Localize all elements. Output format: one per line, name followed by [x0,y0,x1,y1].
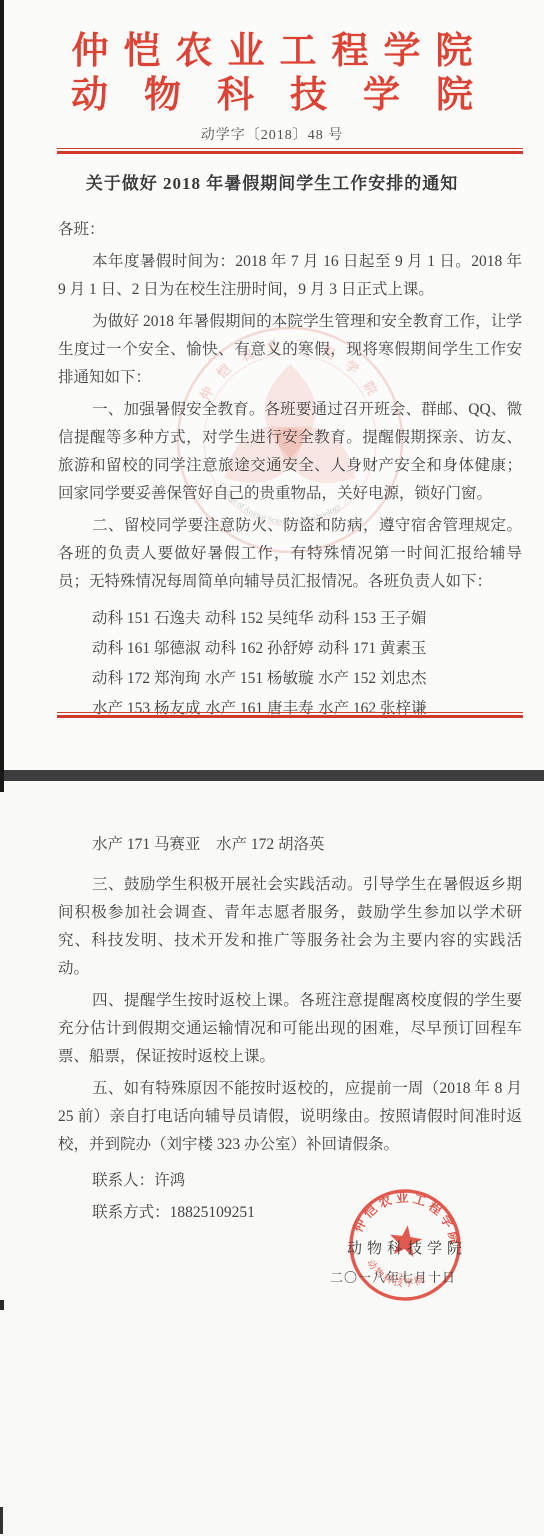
body-paragraph: 三、鼓励学生积极开展社会实践活动。引导学生在暑假返乡期间积极参加社会调查、青年志… [58,871,522,983]
leader-cell: 动科 171 黄素玉 [318,634,431,664]
leader-cell: 动科 161 邬德淑 [92,634,205,664]
page-2: 水产 171 马赛亚 水产 172 胡洛英 三、鼓励学生积极开展社会实践活动。引… [0,781,544,1536]
class-leaders-continued: 水产 171 马赛亚 水产 172 胡洛英 [58,831,522,859]
body-paragraph: 二、留校同学要注意防火、防盗和防病，遵守宿舍管理规定。各班的负责人要做好暑假工作… [58,512,522,596]
leader-cell: 水产 151 杨敏璇 [205,664,318,694]
leader-cell: 水产 162 张梓谦 [318,694,431,724]
body-paragraph: 五、如有特殊原因不能按时返校的，应提前一周（2018 年 8 月 25 前）亲自… [58,1075,522,1159]
notice-body-page1: 各班： 本年度暑假时间为：2018 年 7 月 16 日起至 9 月 1 日。2… [58,216,522,724]
salutation: 各班： [58,216,522,244]
leader-cell: 水产 171 马赛亚 [92,831,216,859]
doc-number: 动学字〔2018〕48 号 [0,128,544,144]
body-paragraph: 四、提醒学生按时返校上课。各班注意提醒离校度假的学生要充分估计到假期交通运输情况… [58,987,522,1071]
leader-cell: 动科 172 郑洵珣 [92,664,205,694]
university-name: 仲恺农业工程学院 [0,30,544,74]
leader-cell: 水产 153 杨友成 [92,694,205,724]
contact-person: 联系人：许鸿 [58,1167,522,1195]
scan-edge-left [0,0,4,792]
page-1: 仲恺农业工程学院 College of Animal Science and T… [0,0,544,770]
page-footer-rule [57,712,523,718]
page-separator [0,770,544,781]
leader-cell: 水产 161 唐丰寿 [205,694,318,724]
class-leaders-list: 动科 151 石逸夫 动科 152 吴纯华 动科 153 王子媚 动科 161 … [58,604,522,724]
college-name: 动物科技学院 [0,74,544,118]
signature-college-name: 动物科技学院 [347,1240,467,1258]
class-leaders-row: 水产 153 杨友成 水产 161 唐丰寿 水产 162 张梓谦 [58,694,522,724]
leader-cell: 动科 153 王子媚 [318,604,431,634]
scanned-document: 仲恺农业工程学院 College of Animal Science and T… [0,0,544,1536]
scan-edge-mark [0,1507,3,1534]
leader-cell: 动科 151 石逸夫 [92,604,205,634]
leader-cell: 动科 152 吴纯华 [205,604,318,634]
body-paragraph: 一、加强暑假安全教育。各班要通过召开班会、群邮、QQ、微信提醒等多种方式，对学生… [58,396,522,508]
red-head-rule [57,148,523,154]
notice-body-page2: 三、鼓励学生积极开展社会实践活动。引导学生在暑假返乡期间积极参加社会调查、青年志… [58,871,522,1227]
body-paragraph: 为做好 2018 年暑假期间的本院学生管理和安全教育工作，让学生度过一个安全、愉… [58,308,522,392]
body-paragraph: 本年度暑假时间为：2018 年 7 月 16 日起至 9 月 1 日。2018 … [58,248,522,304]
scan-edge-mark [0,1300,4,1310]
leader-cell: 水产 152 刘忠杰 [318,664,431,694]
leader-cell: 水产 172 胡洛英 [216,831,325,859]
class-leaders-row: 动科 172 郑洵珣 水产 151 杨敏璇 水产 152 刘忠杰 [58,664,522,694]
class-leaders-row: 动科 151 石逸夫 动科 152 吴纯华 动科 153 王子媚 [58,604,522,634]
class-leaders-row: 动科 161 邬德淑 动科 162 孙舒婷 动科 171 黄素玉 [58,634,522,664]
signature-date: 二〇一八年七月十日 [330,1270,456,1286]
notice-title: 关于做好 2018 年暑假期间学生工作安排的通知 [0,172,544,196]
leader-cell: 动科 162 孙舒婷 [205,634,318,664]
